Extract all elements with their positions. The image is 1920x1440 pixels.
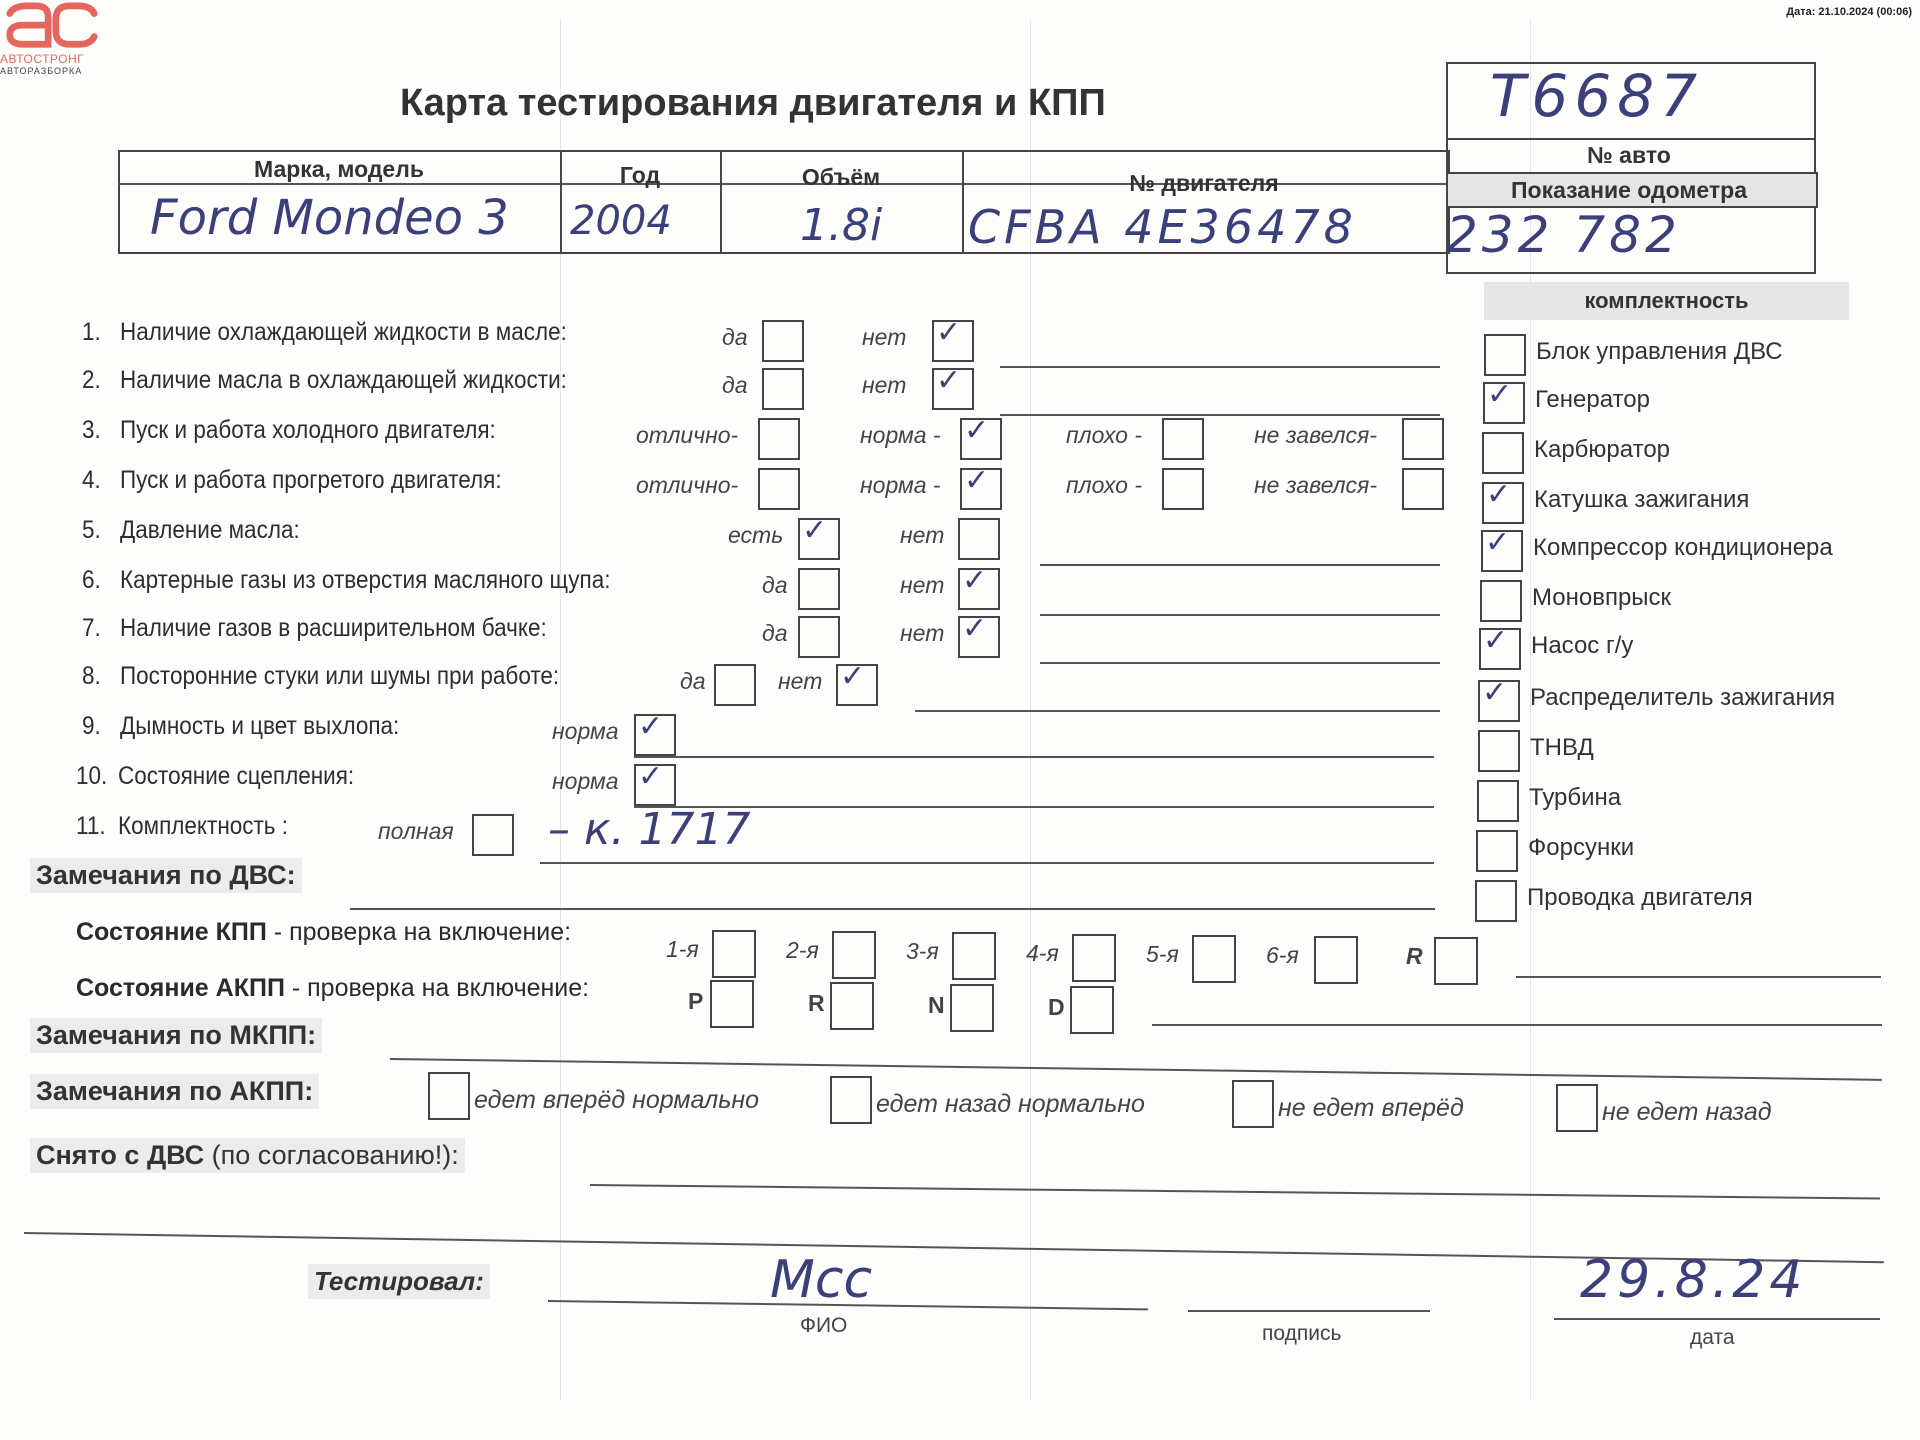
question-text: Состояние сцепления:: [118, 762, 354, 791]
col-volume: Объём: [720, 164, 962, 191]
question-text: Дымность и цвет выхлопа:: [120, 712, 399, 741]
manual-remarks-line[interactable]: [390, 1058, 1882, 1081]
remark-line[interactable]: [1040, 564, 1440, 566]
question-number: 6.: [82, 566, 101, 595]
auto-gearbox-label-rest: - проверка на включение:: [285, 974, 589, 1002]
col-odometer: Показание одометра: [1446, 177, 1812, 204]
gear-label: 2-я: [786, 937, 819, 964]
gear-label: 6-я: [1266, 942, 1299, 969]
option-label: плохо -: [1066, 422, 1142, 449]
remark-line[interactable]: [915, 710, 1440, 712]
completeness-checkbox[interactable]: [1476, 830, 1518, 872]
auto-remark-label: едет вперёд нормально: [474, 1086, 759, 1115]
question-number: 8.: [82, 662, 101, 691]
ac-logo-icon: [4, 2, 100, 52]
removed-label-bold: Снято с ДВС: [36, 1140, 204, 1170]
option-label: норма -: [860, 422, 941, 449]
option-label: не завелся-: [1254, 422, 1377, 449]
auto-remark-checkbox[interactable]: [1556, 1084, 1598, 1132]
completeness-item-label: Насос г/у: [1531, 632, 1633, 660]
gear-checkbox[interactable]: [1314, 936, 1358, 984]
option-checkbox[interactable]: [1162, 418, 1204, 460]
question-number: 10.: [76, 762, 107, 791]
question-number: 9.: [82, 712, 101, 741]
check-mark-icon: ✓: [1486, 480, 1511, 510]
tester-name-value[interactable]: Мсс: [770, 1250, 872, 1310]
completeness-heading: комплектность: [1484, 282, 1849, 320]
table-divider: [962, 150, 964, 252]
option-checkbox[interactable]: [1402, 418, 1444, 460]
question-text: Пуск и работа холодного двигателя:: [120, 416, 496, 445]
name-caption: ФИО: [800, 1314, 847, 1338]
engine-remarks-line[interactable]: [350, 908, 1435, 910]
check-mark-icon: ✓: [936, 318, 961, 348]
check-mark-icon: ✓: [1485, 528, 1510, 558]
gear-checkbox[interactable]: [952, 932, 996, 980]
option-label: да: [762, 572, 788, 599]
gear-label: 3-я: [906, 938, 939, 965]
position-checkbox[interactable]: [1070, 986, 1114, 1034]
question-text: Пуск и работа прогретого двигателя:: [120, 466, 502, 495]
option-label: норма: [552, 768, 619, 795]
option-label: плохо -: [1066, 472, 1142, 499]
removed-line[interactable]: [590, 1184, 1880, 1200]
remark-line[interactable]: [1040, 662, 1440, 664]
position-label: R: [808, 990, 825, 1017]
option-checkbox[interactable]: [762, 368, 804, 410]
gear-label: R: [1406, 943, 1423, 970]
option-label: нет: [900, 620, 944, 647]
remark-line[interactable]: [540, 862, 1434, 864]
option-label: норма -: [860, 472, 941, 499]
manual-gearbox-label-rest: - проверка на включение:: [267, 918, 571, 946]
question-number: 3.: [82, 416, 101, 445]
auto-remark-checkbox[interactable]: [830, 1076, 872, 1124]
question-text: Наличие газов в расширительном бачке:: [120, 614, 547, 643]
completeness-note[interactable]: – к. 1717: [548, 804, 751, 855]
position-checkbox[interactable]: [830, 982, 874, 1030]
gear-checkbox[interactable]: [832, 931, 876, 979]
auto-gearbox-line[interactable]: [1152, 1024, 1882, 1026]
option-label: нет: [778, 668, 822, 695]
gear-checkbox[interactable]: [1072, 934, 1116, 982]
year-value[interactable]: 2004: [570, 198, 672, 244]
check-mark-icon: ✓: [962, 566, 987, 596]
remark-line[interactable]: [1040, 614, 1440, 616]
completeness-checkbox[interactable]: [1482, 432, 1524, 474]
check-mark-icon: ✓: [840, 662, 865, 692]
option-checkbox[interactable]: [758, 468, 800, 510]
option-checkbox[interactable]: [1162, 468, 1204, 510]
option-label: есть: [728, 522, 783, 549]
auto-remark-label: едет назад нормально: [876, 1090, 1145, 1119]
date-value[interactable]: 29.8.24: [1580, 1250, 1806, 1310]
option-label: полная: [378, 818, 454, 845]
question-text: Комплектность :: [118, 812, 288, 841]
option-checkbox[interactable]: [762, 320, 804, 362]
vehicle-id-value[interactable]: T6687: [1490, 62, 1703, 130]
completeness-item-label: Форсунки: [1528, 834, 1634, 862]
check-mark-icon: ✓: [1487, 380, 1512, 410]
check-mark-icon: ✓: [962, 614, 987, 644]
check-mark-icon: ✓: [964, 416, 989, 446]
completeness-checkbox[interactable]: [1480, 580, 1522, 622]
check-mark-icon: ✓: [638, 712, 663, 742]
col-year: Год: [560, 162, 720, 189]
signature-line[interactable]: [1188, 1310, 1430, 1312]
question-number: 11.: [76, 812, 106, 841]
auto-remark-checkbox[interactable]: [428, 1072, 470, 1120]
manual-remarks-label: Замечания по МКПП:: [30, 1018, 322, 1053]
option-checkbox[interactable]: [472, 814, 514, 856]
manual-gearbox-line[interactable]: [1516, 976, 1881, 978]
option-checkbox[interactable]: [758, 418, 800, 460]
signature-caption: подпись: [1262, 1322, 1341, 1346]
auto-remark-label: не едет назад: [1602, 1098, 1772, 1127]
question-number: 7.: [82, 614, 101, 643]
check-mark-icon: ✓: [1482, 678, 1507, 708]
date-caption: дата: [1690, 1326, 1735, 1350]
volume-value[interactable]: 1.8i: [800, 200, 882, 251]
completeness-item-label: Блок управления ДВС: [1536, 338, 1783, 366]
check-mark-icon: ✓: [964, 466, 989, 496]
gear-checkbox[interactable]: [712, 930, 756, 978]
option-label: нет: [862, 324, 906, 351]
completeness-item-label: Карбюратор: [1534, 436, 1670, 464]
completeness-item-label: Генератор: [1535, 386, 1650, 414]
completeness-item-label: Компрессор кондиционера: [1533, 534, 1833, 562]
completeness-checkbox[interactable]: [1475, 880, 1517, 922]
auto-gearbox-label-bold: Состояние АКПП: [76, 974, 285, 1002]
option-label: нет: [900, 522, 944, 549]
option-checkbox[interactable]: [1402, 468, 1444, 510]
option-checkbox[interactable]: [958, 518, 1000, 560]
question-text: Наличие охлаждающей жидкости в масле:: [120, 318, 567, 347]
question-number: 1.: [82, 318, 101, 347]
manual-gearbox-label-bold: Состояние КПП: [76, 918, 267, 946]
option-label: нет: [862, 372, 906, 399]
engine-number-value[interactable]: CFBA 4E36478: [968, 200, 1357, 254]
position-checkbox[interactable]: [950, 984, 994, 1032]
auto-remark-label: не едет вперёд: [1278, 1094, 1464, 1123]
completeness-item-label: ТНВД: [1530, 734, 1594, 762]
option-label: отлично-: [636, 472, 738, 499]
completeness-item-label: Катушка зажигания: [1534, 486, 1749, 514]
option-label: не завелся-: [1254, 472, 1377, 499]
completeness-item-label: Турбина: [1529, 784, 1621, 812]
gear-label: 5-я: [1146, 941, 1179, 968]
gear-checkbox[interactable]: [1434, 937, 1478, 985]
auto-remark-checkbox[interactable]: [1232, 1080, 1274, 1128]
position-label: D: [1048, 994, 1065, 1021]
question-number: 4.: [82, 466, 101, 495]
remark-line[interactable]: [1000, 414, 1440, 416]
completeness-item-label: Проводка двигателя: [1527, 884, 1753, 912]
manual-gearbox-label: Состояние КПП - проверка на включение:: [76, 918, 571, 947]
option-label: отлично-: [636, 422, 738, 449]
brand-model-value[interactable]: Ford Mondeo 3: [150, 190, 509, 246]
odometer-value[interactable]: 232 782: [1446, 206, 1681, 264]
engine-remarks-label: Замечания по ДВС:: [30, 858, 302, 893]
position-label: N: [928, 992, 945, 1019]
remark-line[interactable]: [634, 756, 1434, 758]
check-mark-icon: ✓: [802, 516, 827, 546]
gear-checkbox[interactable]: [1192, 935, 1236, 983]
gear-label: 4-я: [1026, 940, 1059, 967]
position-checkbox[interactable]: [710, 980, 754, 1028]
option-label: да: [762, 620, 788, 647]
question-text: Давление масла:: [120, 516, 300, 545]
check-mark-icon: ✓: [638, 762, 663, 792]
question-text: Посторонние стуки или шумы при работе:: [120, 662, 559, 691]
page-title: Карта тестирования двигателя и КПП: [400, 82, 1106, 125]
remark-line[interactable]: [1000, 366, 1440, 368]
removed-label-rest: (по согласованию!):: [204, 1140, 459, 1170]
completeness-checkbox[interactable]: [1484, 334, 1526, 376]
check-mark-icon: ✓: [1483, 626, 1508, 656]
auto-gearbox-label: Состояние АКПП - проверка на включение:: [76, 974, 589, 1003]
position-label: P: [688, 988, 703, 1015]
option-label: нет: [900, 572, 944, 599]
removed-label: Снято с ДВС (по согласованию!):: [30, 1138, 465, 1173]
check-mark-icon: ✓: [936, 366, 961, 396]
option-checkbox[interactable]: [714, 664, 756, 706]
completeness-item-label: Моновпрыск: [1532, 584, 1671, 612]
option-label: норма: [552, 718, 619, 745]
remark-line[interactable]: [634, 806, 1434, 808]
col-brand-model: Марка, модель: [118, 156, 560, 183]
question-number: 5.: [82, 516, 101, 545]
col-engine-number: № двигателя: [962, 170, 1446, 197]
question-text: Наличие масла в охлаждающей жидкости:: [120, 366, 567, 395]
date-line[interactable]: [1554, 1318, 1880, 1320]
completeness-checkbox[interactable]: [1478, 730, 1520, 772]
completeness-checkbox[interactable]: [1477, 780, 1519, 822]
date-stamp: Дата: 21.10.2024 (00:06): [1786, 6, 1912, 18]
auto-remarks-label: Замечания по АКПП:: [30, 1074, 319, 1109]
vehicle-id-label: № авто: [1446, 142, 1812, 169]
option-checkbox[interactable]: [798, 616, 840, 658]
tested-by-label: Тестировал:: [308, 1264, 490, 1299]
option-label: да: [722, 324, 748, 351]
option-label: да: [680, 668, 706, 695]
gear-label: 1-я: [666, 936, 699, 963]
question-number: 2.: [82, 366, 101, 395]
option-checkbox[interactable]: [798, 568, 840, 610]
option-label: да: [722, 372, 748, 399]
logo-subtitle: АВТОРАЗБОРКА: [0, 66, 82, 76]
logo-name: АВТОСТРОНГ: [0, 52, 84, 66]
question-text: Картерные газы из отверстия масляного щу…: [120, 566, 610, 595]
completeness-item-label: Распределитель зажигания: [1530, 684, 1835, 712]
